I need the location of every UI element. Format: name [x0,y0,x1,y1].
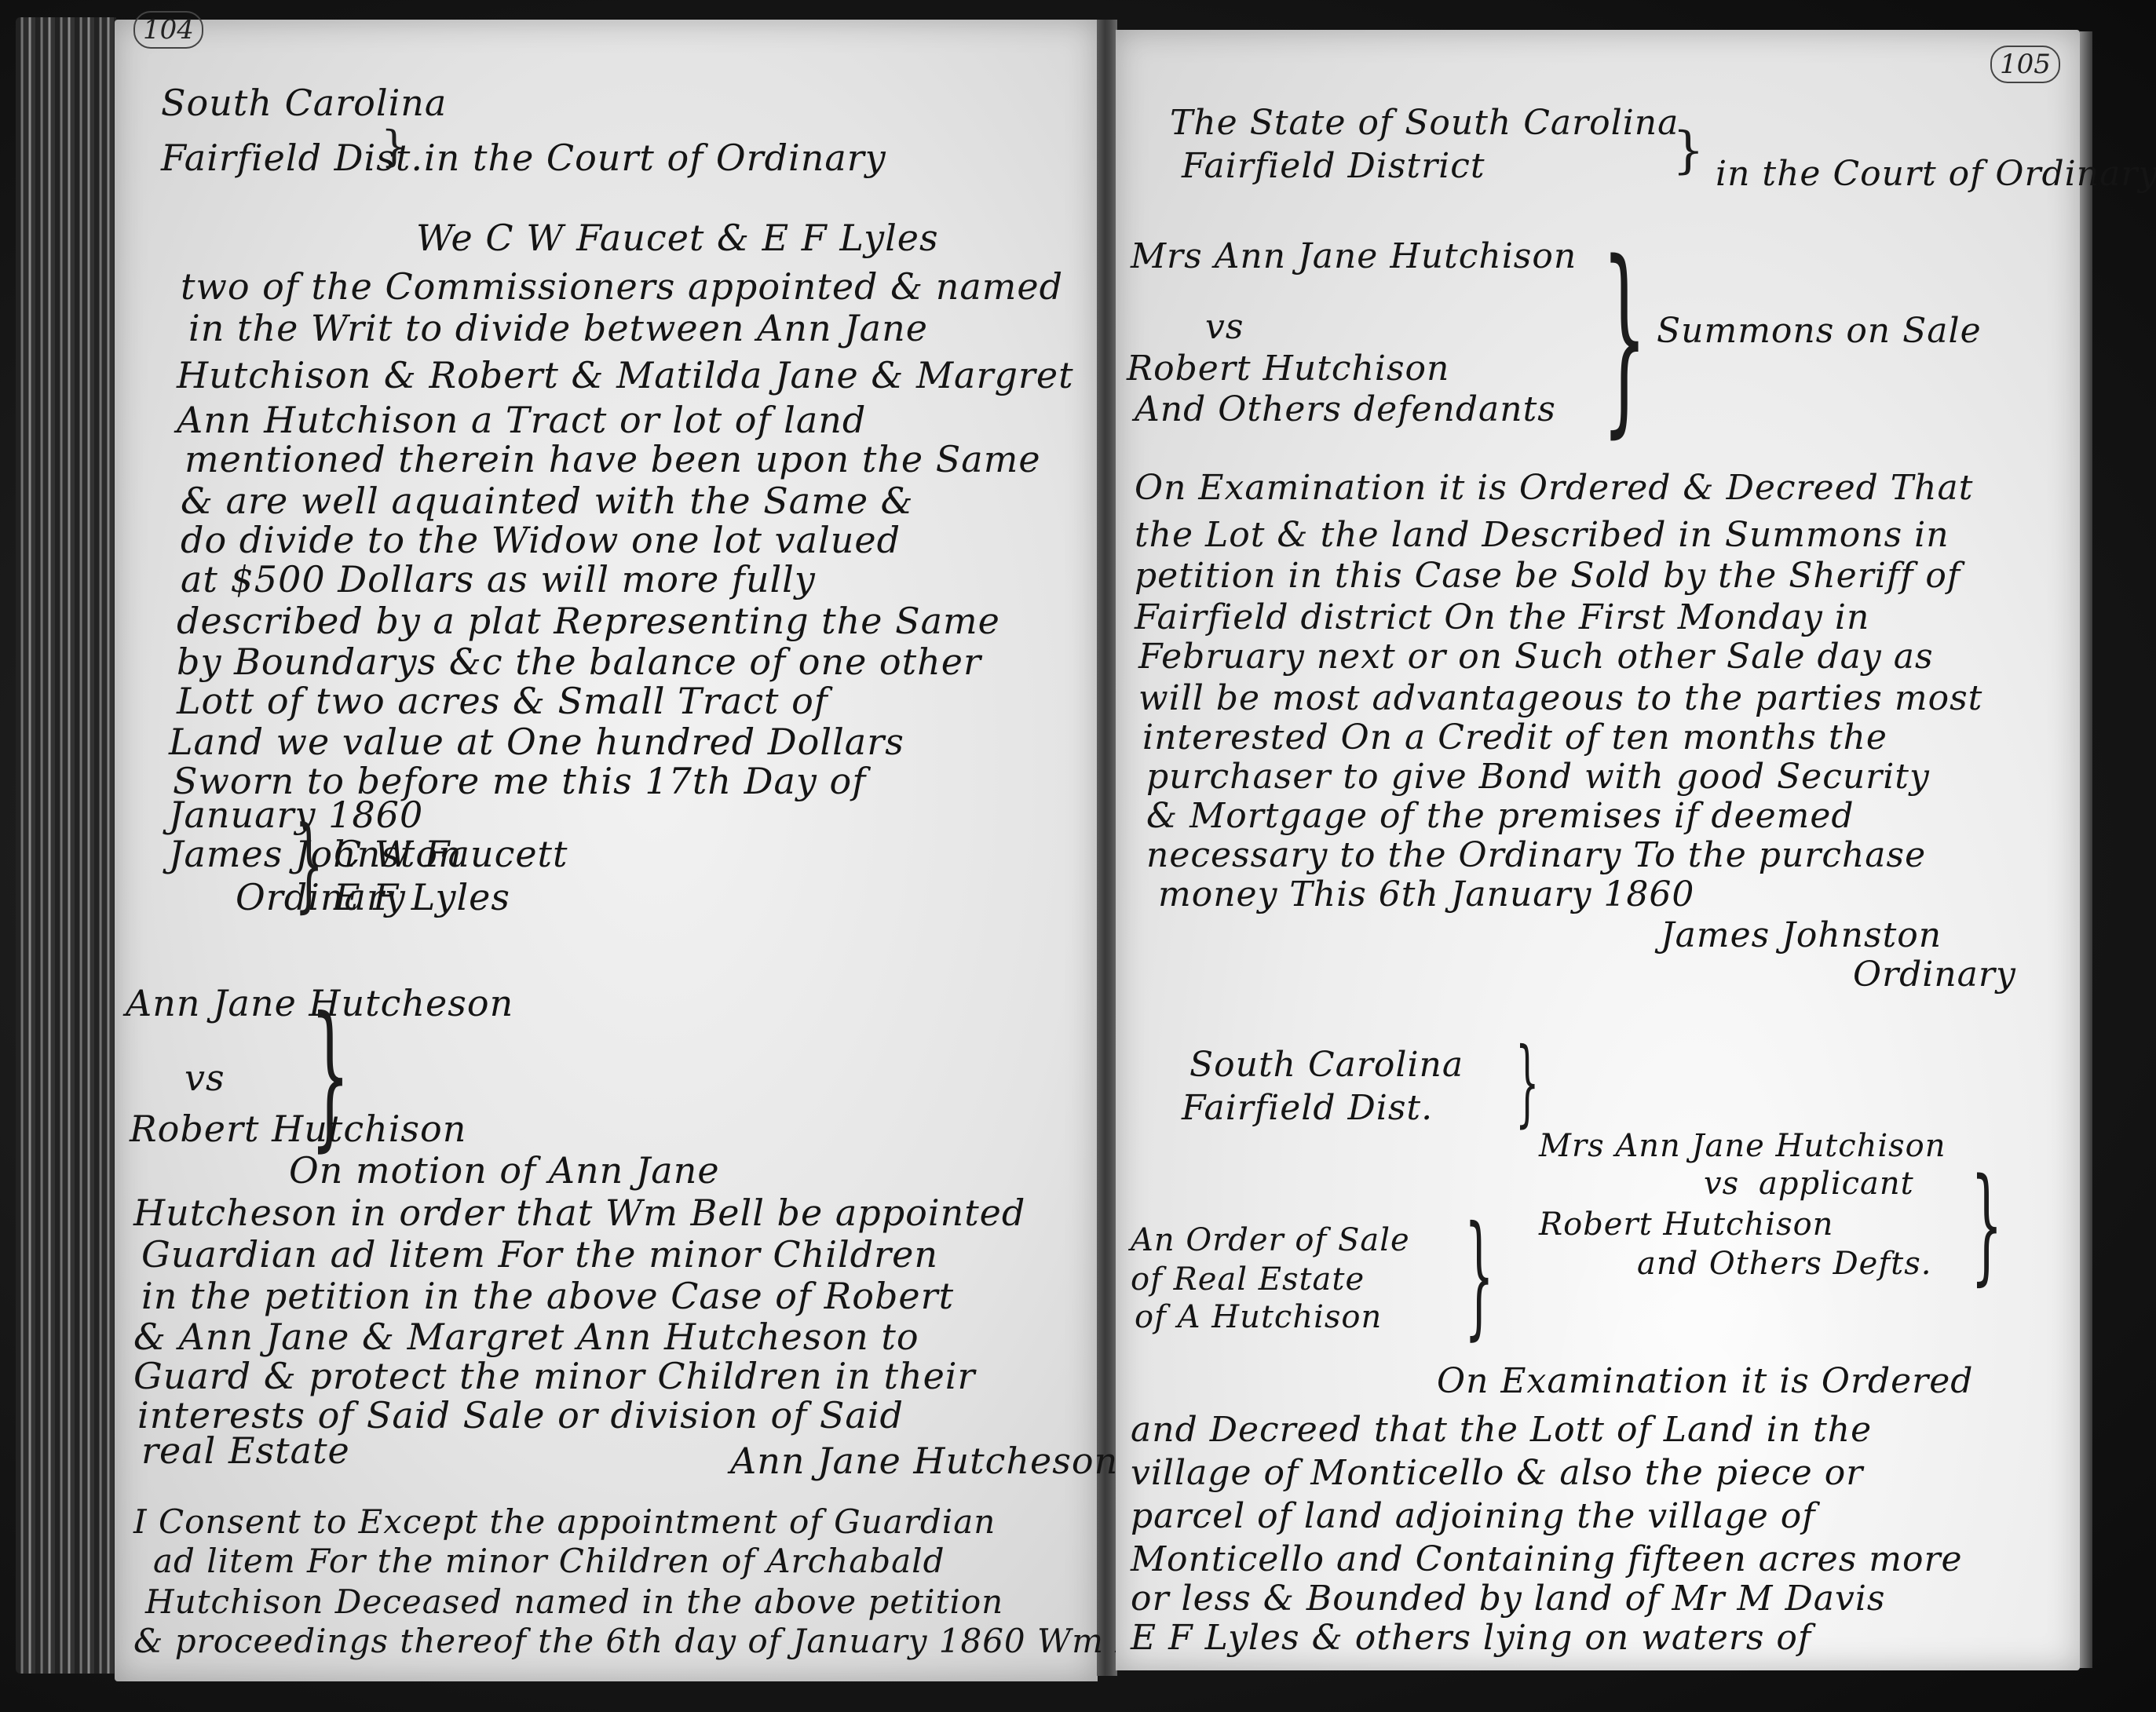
folio-number-left: 104 [133,11,203,49]
case3-defendant-others: and Others Defts. [1637,1248,1931,1279]
caption-court: in the Court of Ordinary [1716,157,2156,192]
return-line: do divide to the Widow one lot valued [181,522,901,558]
case2-vs: vs [185,1060,225,1096]
book-right-edge [2080,31,2092,1668]
order-line: will be most advantageous to the parties… [1138,681,1982,716]
caption-brace: } [1672,126,1705,176]
caption-brace: } [381,126,407,168]
motion-line: real Estate [141,1433,350,1469]
return-line: two of the Commissioners appointed & nam… [181,268,1063,305]
motion-signature: Ann Jane Hutcheson [730,1443,1118,1479]
caption-court: in the Court of Ordinary [424,140,886,176]
caption-state: The State of South Carolina [1170,106,1679,141]
order-line: purchaser to give Bond with good Securit… [1146,760,1930,794]
folio-number-right: 105 [1990,46,2060,83]
case3-plaintiff: Mrs Ann Jane Hutchison [1539,1130,1946,1162]
return-line: Land we value at One hundred Dollars [169,724,904,760]
motion-line: in the petition in the above Case of Rob… [141,1278,954,1314]
motion-line: interests of Said Sale or division of Sa… [137,1397,904,1433]
commissioner-signature: E F Lyles [334,879,510,915]
caption-state: South Carolina [161,85,447,121]
motion-line: On motion of Ann Jane [289,1152,720,1188]
order-line: money This 6th January 1860 [1158,878,1694,912]
caption3-state: South Carolina [1189,1048,1464,1082]
caption3-brace: } [1515,1036,1540,1130]
order2-line: village of Monticello & also the piece o… [1131,1456,1863,1491]
case3-brace: } [1971,1162,2003,1287]
motion-line: Guardian ad litem For the minor Children [141,1236,938,1272]
consent-line: ad litem For the minor Children of Archa… [153,1545,945,1578]
caption3-district: Fairfield Dist. [1182,1091,1433,1126]
motion-line: Guard & protect the minor Children in th… [133,1358,976,1394]
case-nature: Summons on Sale [1657,314,1982,349]
margin-note-brace: } [1464,1209,1494,1342]
case-brace: } [1602,235,1647,440]
consent-line: I Consent to Except the appointment of G… [133,1506,996,1539]
order2-line: E F Lyles & others lying on waters of [1131,1621,1811,1655]
margin-note-line: of A Hutchison [1135,1301,1382,1333]
order-line: necessary to the Ordinary To the purchas… [1146,838,1926,873]
order2-line: parcel of land adjoining the village of [1131,1499,1816,1534]
case-vs: vs [1205,310,1244,345]
margin-note-line: An Order of Sale [1131,1225,1410,1256]
order-line: Fairfield district On the First Monday i… [1135,600,1869,635]
return-line: at $500 Dollars as will more fully [181,561,816,597]
signature-brace: } [294,812,323,914]
order-signature-title: Ordinary [1853,958,2016,992]
caption-district: Fairfield District [1182,149,1485,184]
order-line: petition in this Case be Sold by the She… [1135,559,1960,593]
case3-vs: vs [1704,1168,1739,1199]
return-line: Lott of two acres & Small Tract of [177,683,828,719]
case-plaintiff: Mrs Ann Jane Hutchison [1131,239,1577,274]
commissioner-signature: C W Faucett [334,836,568,872]
return-line: Ann Hutchison a Tract or lot of land [177,402,866,438]
return-line: by Boundarys &c the balance of one other [177,644,981,680]
margin-note-line: of Real Estate [1131,1264,1365,1295]
order2-line: Monticello and Containing fifteen acres … [1131,1542,1963,1577]
case-defendant: Robert Hutchison [1127,352,1449,386]
order-line: February next or on Such other Sale day … [1138,640,1934,674]
order-line: the Lot & the land Described in Summons … [1135,518,1950,553]
return-line: Hutchison & Robert & Matilda Jane & Marg… [177,357,1074,393]
return-line: mentioned therein have been upon the Sam… [185,441,1041,477]
consent-line: & proceedings thereof the 6th day of Jan… [133,1625,1183,1658]
case2-defendant: Robert Hutchison [130,1111,466,1147]
return-line: described by a plat Representing the Sam… [177,603,1000,639]
book-gutter [1097,20,1117,1676]
case3-role: applicant [1759,1168,1914,1199]
order-line: & Mortgage of the premises if deemed [1146,799,1855,834]
return-line: We C W Faucet & E F Lyles [416,220,939,256]
motion-line: Hutcheson in order that Wm Bell be appoi… [133,1195,1025,1231]
book-page-edges [16,17,116,1674]
consent-line: Hutchison Deceased named in the above pe… [145,1586,1003,1619]
case-defendant-others: And Others defendants [1135,392,1556,427]
order-line: interested On a Credit of ten months the [1142,721,1887,755]
order-signature-name: James Johnston [1661,918,1942,953]
return-line: in the Writ to divide between Ann Jane [188,310,928,346]
case3-defendant: Robert Hutchison [1539,1209,1833,1240]
order-line: On Examination it is Ordered & Decreed T… [1135,471,1973,506]
order2-line: or less & Bounded by land of Mr M Davis [1131,1582,1885,1616]
motion-line: & Ann Jane & Margret Ann Hutcheson to [133,1319,919,1355]
return-line: & are well aquainted with the Same & [181,483,914,519]
order2-line: and Decreed that the Lott of Land in the [1131,1413,1872,1447]
order2-line: On Examination it is Ordered [1437,1364,1973,1399]
